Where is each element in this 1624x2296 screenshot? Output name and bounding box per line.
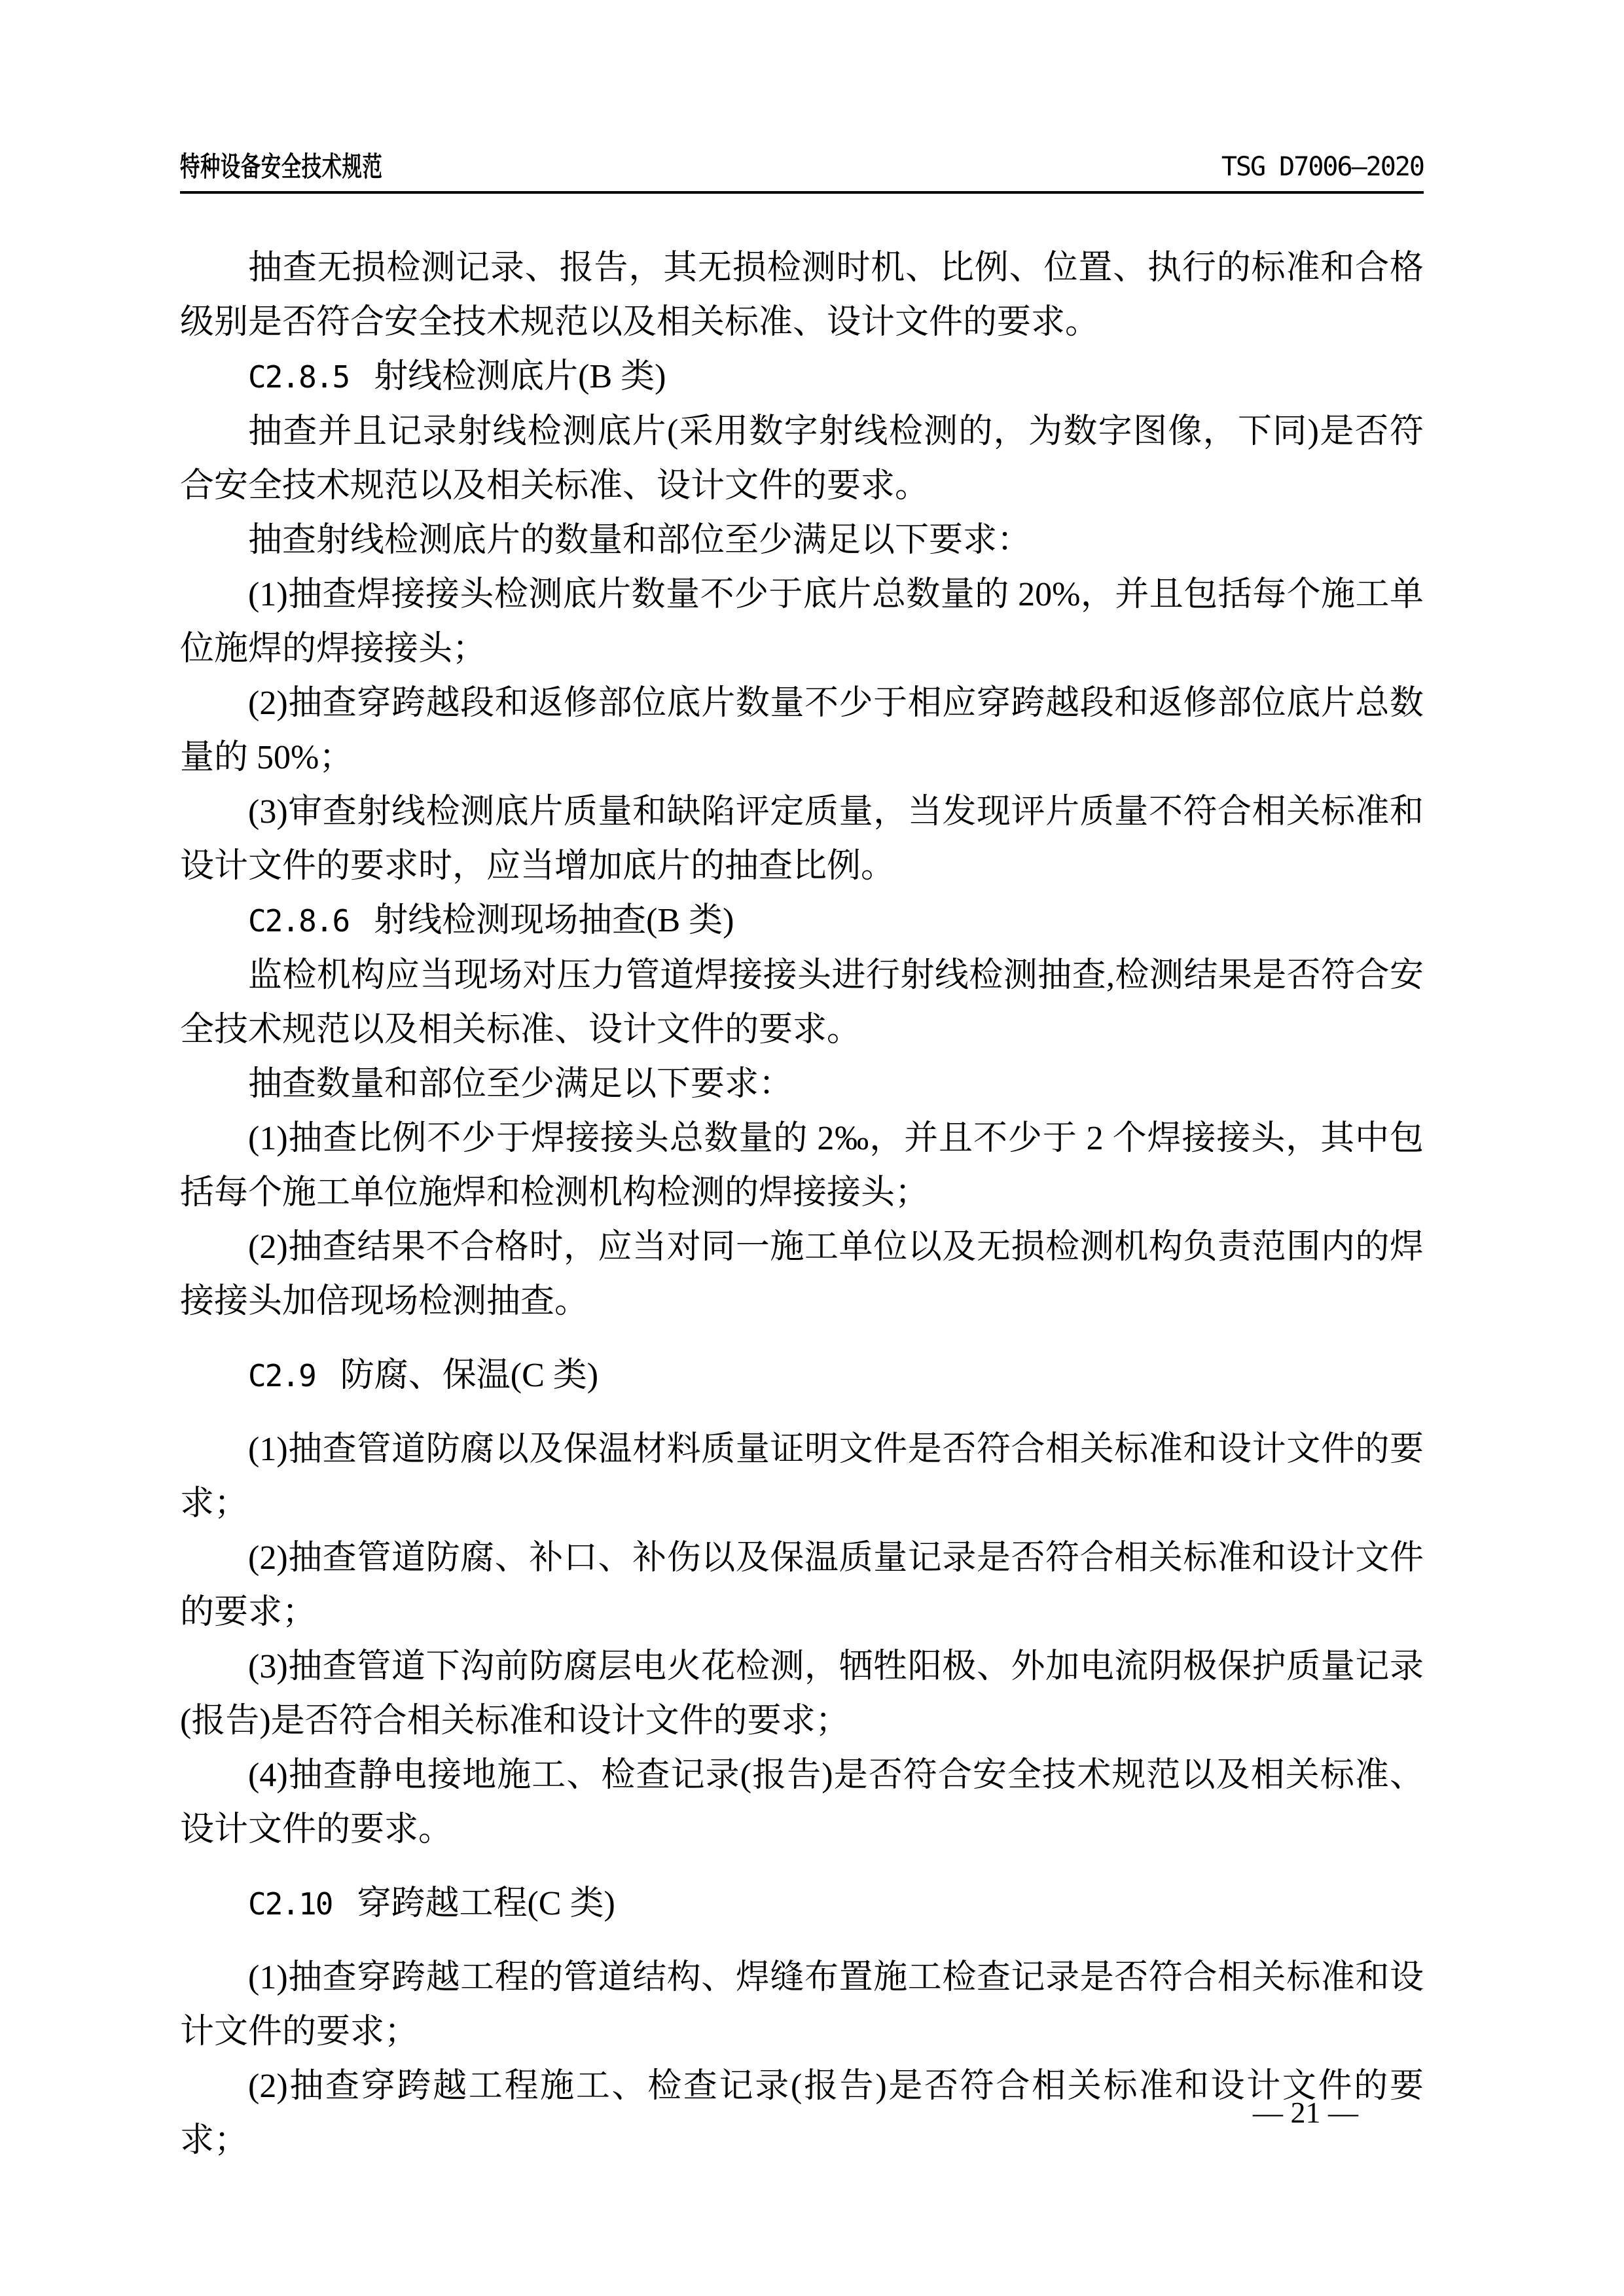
section-title: 防腐、保温(C 类) <box>340 1357 598 1394</box>
section-title: 穿跨越工程(C 类) <box>357 1885 615 1922</box>
paragraph: 抽查射线检测底片的数量和部位至少满足以下要求： <box>180 513 1424 567</box>
paragraph: 抽查无损检测记录、报告，其无损检测时机、比例、位置、执行的标准和合格级别是否符合… <box>180 241 1424 350</box>
header-title: 特种设备安全技术规范 <box>180 153 383 181</box>
paragraph: (2)抽查穿跨越段和返修部位底片数量不少于相应穿跨越段和返修部位底片总数量的 5… <box>180 676 1424 785</box>
paragraph: 抽查并且记录射线检测底片(采用数字射线检测的，为数字图像，下同)是否符合安全技术… <box>180 404 1424 513</box>
paragraph: (2)抽查结果不合格时，应当对同一施工单位以及无损检测机构负责范围内的焊接接头加… <box>180 1220 1424 1329</box>
paragraph: (3)审查射线检测底片质量和缺陷评定质量，当发现评片质量不符合相关标准和设计文件… <box>180 785 1424 893</box>
section-heading: C2.8.6射线检测现场抽查(B 类) <box>180 893 1424 948</box>
section-number: C2.8.6 <box>248 903 349 939</box>
paragraph: (4)抽查静电接地施工、检查记录(报告)是否符合安全技术规范以及相关标准、设计文… <box>180 1748 1424 1857</box>
paragraph: (1)抽查穿跨越工程的管道结构、焊缝布置施工检查记录是否符合相关标准和设计文件的… <box>180 1950 1424 2059</box>
document-body: 抽查无损检测记录、报告，其无损检测时机、比例、位置、执行的标准和合格级别是否符合… <box>180 241 1424 2168</box>
section-heading: C2.9防腐、保温(C 类) <box>180 1348 1424 1403</box>
paragraph: (3)抽查管道下沟前防腐层电火花检测，牺牲阳极、外加电流阴极保护质量记录(报告)… <box>180 1640 1424 1748</box>
section-title: 射线检测现场抽查(B 类) <box>374 902 734 939</box>
section-title: 射线检测底片(B 类) <box>374 358 666 395</box>
header-document-code: TSG D7006—2020 <box>1221 153 1424 181</box>
header-rule <box>180 191 1424 194</box>
section-heading: C2.10穿跨越工程(C 类) <box>180 1876 1424 1931</box>
document-page: 特种设备安全技术规范 TSG D7006—2020 抽查无损检测记录、报告，其无… <box>0 0 1624 2296</box>
paragraph: 监检机构应当现场对压力管道焊接接头进行射线检测抽查,检测结果是否符合安全技术规范… <box>180 948 1424 1057</box>
paragraph: (2)抽查管道防腐、补口、补伤以及保温质量记录是否符合相关标准和设计文件的要求； <box>180 1531 1424 1640</box>
page-footer: — 21 — <box>180 2094 1424 2131</box>
section-heading: C2.8.5射线检测底片(B 类) <box>180 350 1424 404</box>
section-number: C2.9 <box>248 1358 316 1393</box>
paragraph: 抽查数量和部位至少满足以下要求： <box>180 1057 1424 1111</box>
page-header: 特种设备安全技术规范 TSG D7006—2020 <box>180 153 1424 188</box>
paragraph: (1)抽查焊接接头检测底片数量不少于底片总数量的 20%，并且包括每个施工单位施… <box>180 567 1424 676</box>
paragraph: (1)抽查管道防腐以及保温材料质量证明文件是否符合相关标准和设计文件的要求； <box>180 1422 1424 1531</box>
section-number: C2.10 <box>248 1886 332 1922</box>
page-number: — 21 — <box>1253 2096 1358 2129</box>
paragraph: (1)抽查比例不少于焊接接头总数量的 2‰，并且不少于 2 个焊接接头，其中包括… <box>180 1111 1424 1220</box>
section-number: C2.8.5 <box>248 359 349 395</box>
